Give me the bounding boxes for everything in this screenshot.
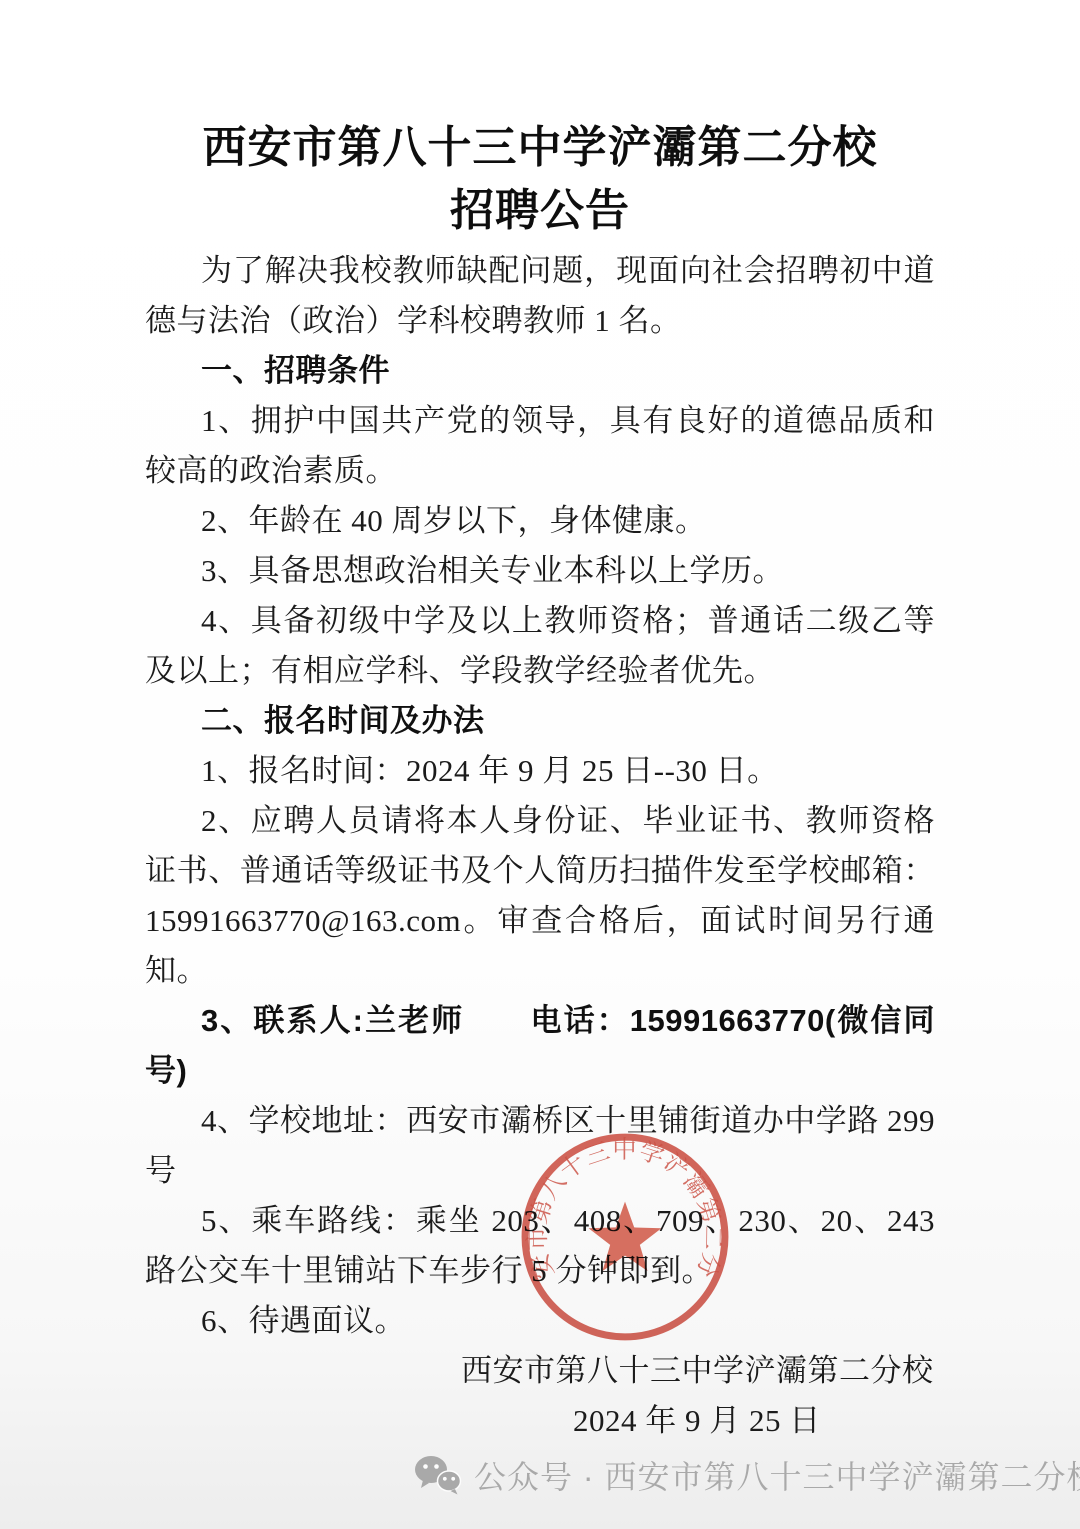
section2-heading: 二、报名时间及办法 — [145, 696, 935, 746]
section1-item-3: 3、具备思想政治相关专业本科以上学历。 — [145, 546, 935, 596]
intro-paragraph: 为了解决我校教师缺配问题，现面向社会招聘初中道德与法治（政治）学科校聘教师 1 … — [145, 246, 935, 346]
section1-item-4: 4、具备初级中学及以上教师资格；普通话二级乙等及以上；有相应学科、学段教学经验者… — [145, 596, 935, 696]
section1-item-2: 2、年龄在 40 周岁以下，身体健康。 — [145, 496, 935, 546]
wechat-icon — [414, 1455, 462, 1495]
section1-heading: 一、招聘条件 — [145, 346, 935, 396]
section2-item-1: 1、报名时间：2024 年 9 月 25 日--30 日。 — [145, 746, 935, 796]
section2-item-4-address: 4、学校地址：西安市灞桥区十里铺街道办中学路 299 号 — [145, 1096, 935, 1196]
document-title-line1: 西安市第八十三中学浐灞第二分校 — [145, 116, 935, 179]
document-body: 西安市第八十三中学浐灞第二分校 招聘公告 为了解决我校教师缺配问题，现面向社会招… — [0, 0, 1080, 1446]
signature-date: 2024 年 9 月 25 日 — [145, 1396, 935, 1446]
section2-item-3-contact: 3、联系人:兰老师 电话：15991663770(微信同号) — [145, 996, 935, 1096]
section2-item-6-salary: 6、待遇面议。 — [145, 1296, 935, 1346]
section1-item-1: 1、拥护中国共产党的领导，具有良好的道德品质和较高的政治素质。 — [145, 396, 935, 496]
document-content: 为了解决我校教师缺配问题，现面向社会招聘初中道德与法治（政治）学科校聘教师 1 … — [145, 246, 935, 1446]
document-title-line2: 招聘公告 — [145, 179, 935, 242]
signature-school-name: 西安市第八十三中学浐灞第二分校 — [145, 1346, 935, 1396]
section2-item-5-bus-route: 5、乘车路线：乘坐 203、408、709、230、20、243 路公交车十里铺… — [145, 1196, 935, 1296]
section2-item-2: 2、应聘人员请将本人身份证、毕业证书、教师资格证书、普通话等级证书及个人简历扫描… — [145, 796, 935, 996]
wechat-watermark: 公众号 · 西安市第八十三中学浐灞第二分校 — [414, 1452, 1080, 1498]
announcement-page: 西安市第八十三中学浐灞第二分校 招聘公告 为了解决我校教师缺配问题，现面向社会招… — [0, 0, 1080, 1529]
watermark-label: 公众号 · 西安市第八十三中学浐灞第二分校 — [474, 1452, 1080, 1498]
